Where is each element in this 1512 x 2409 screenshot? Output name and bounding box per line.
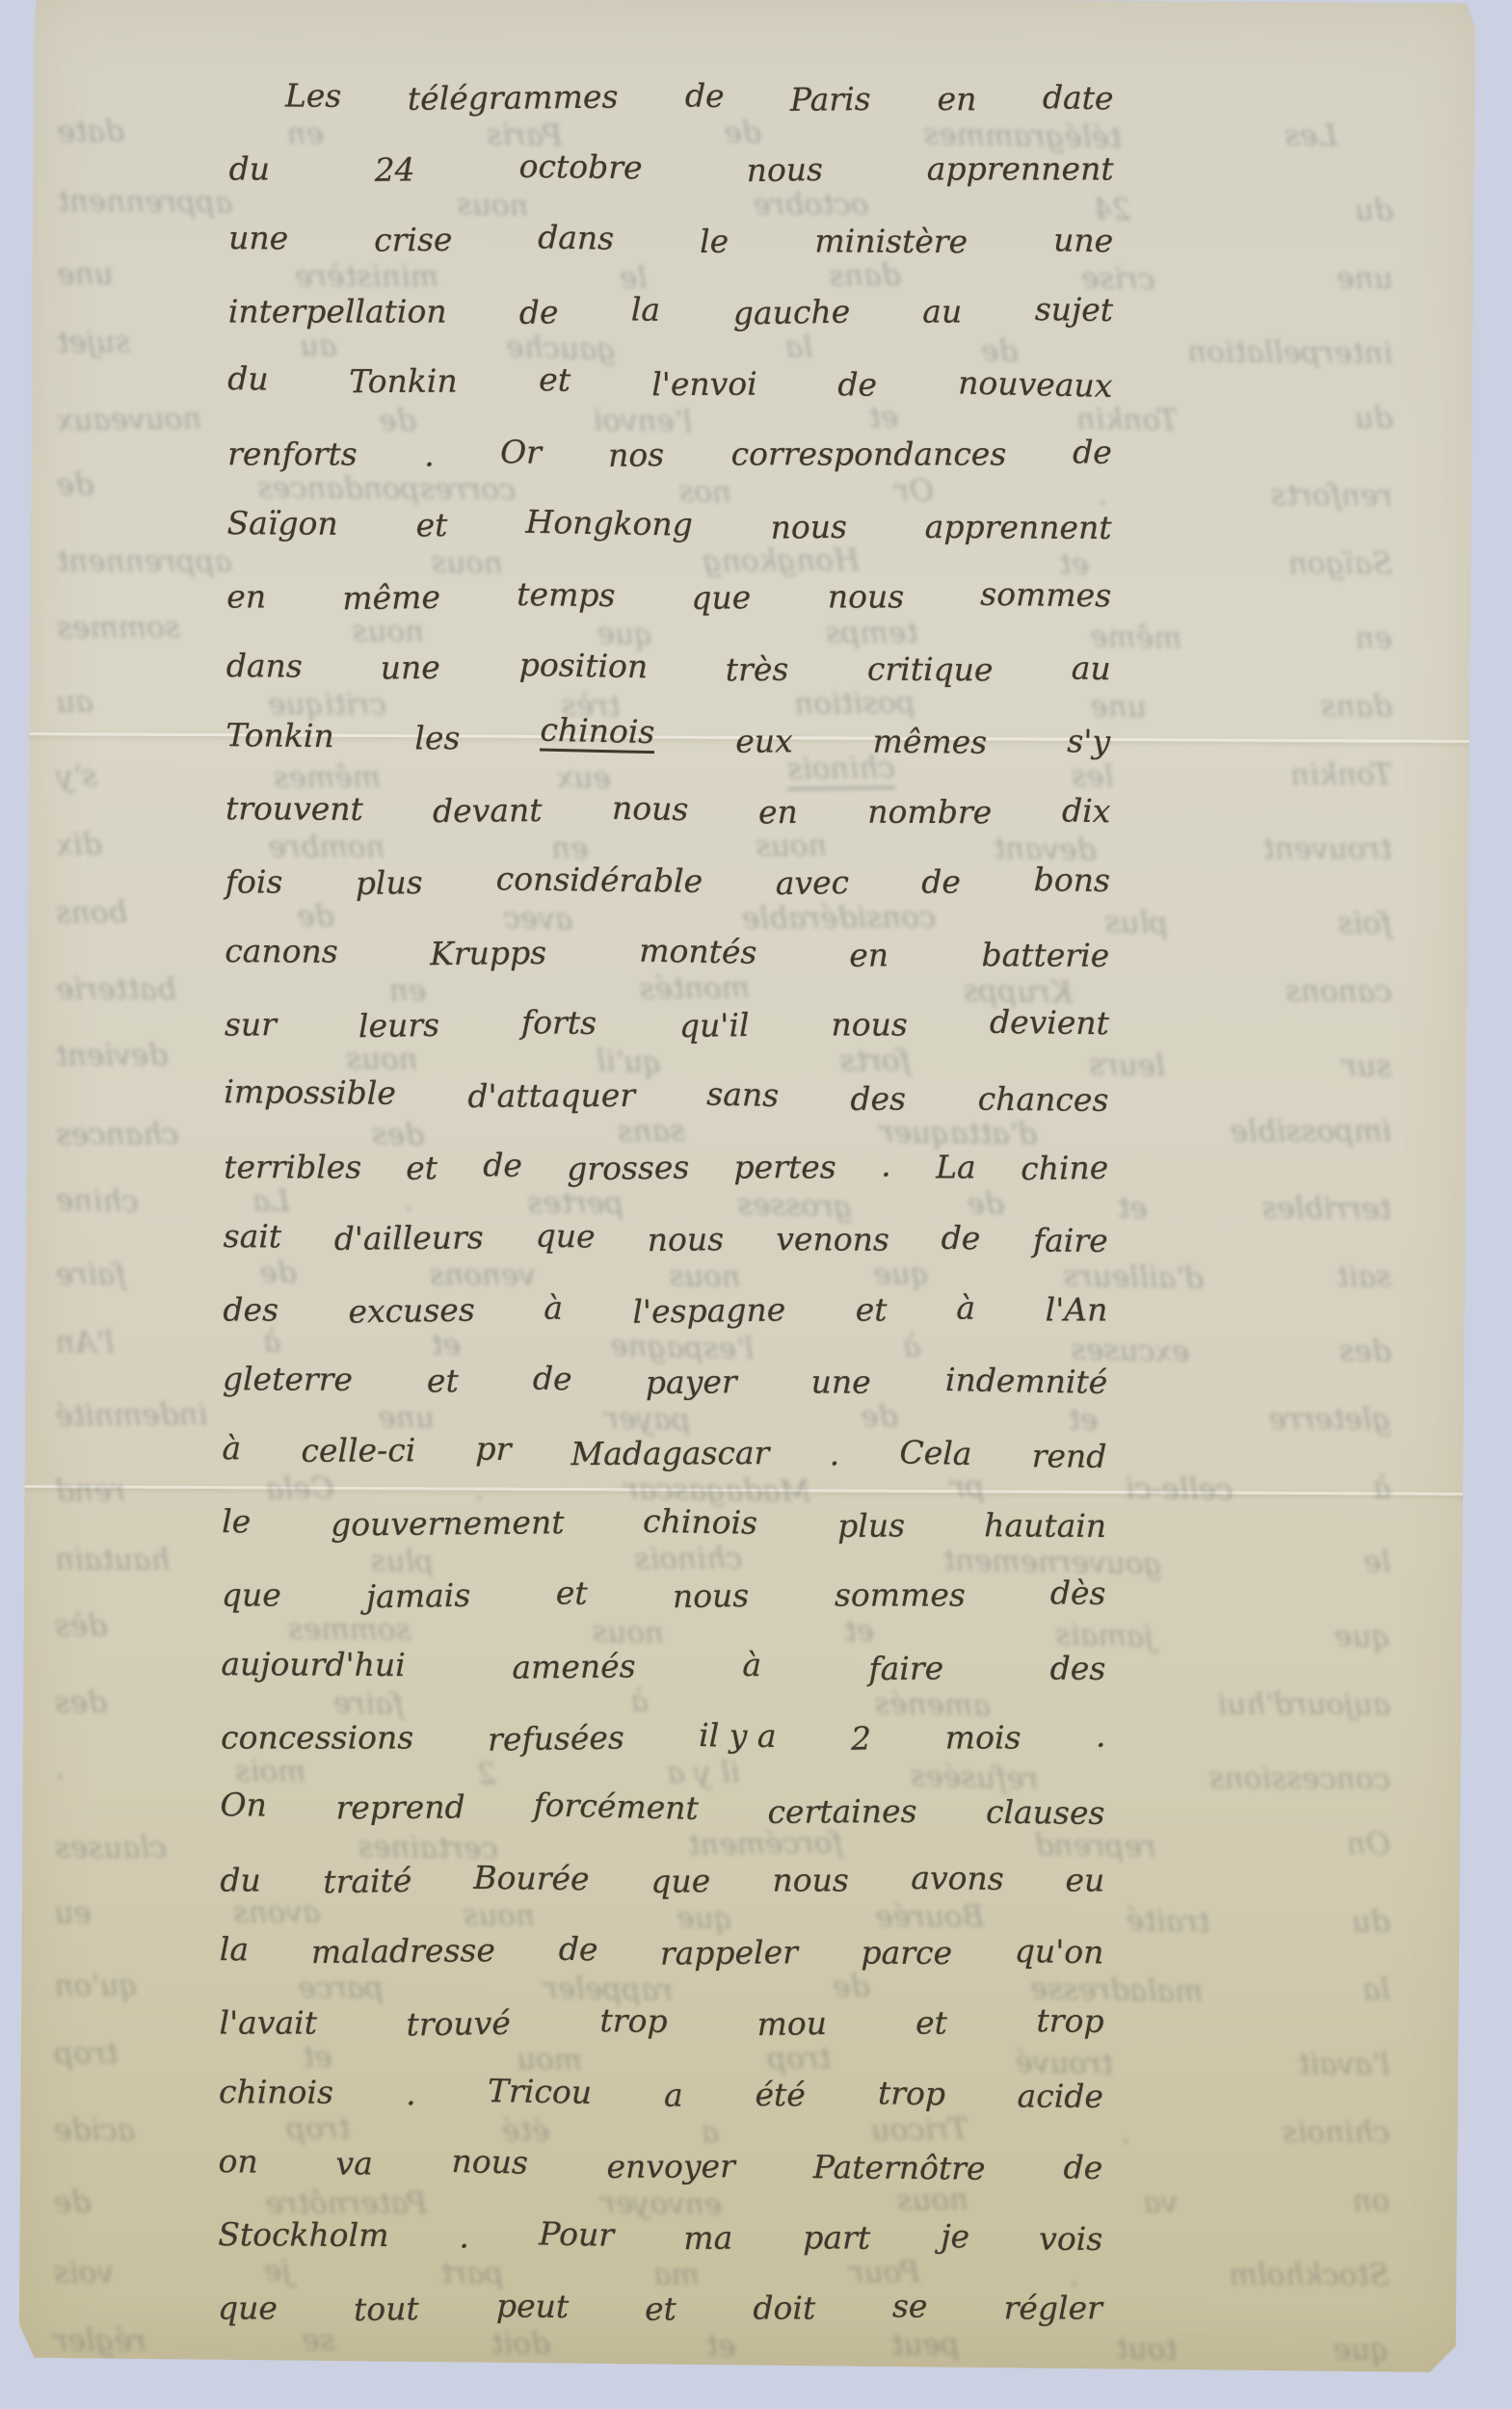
- word: chine: [1021, 1152, 1109, 1184]
- word: et: [1118, 1193, 1149, 1224]
- word: très: [726, 653, 789, 686]
- word: ma: [684, 2222, 733, 2255]
- word: la: [220, 1933, 249, 1965]
- word: s'y: [56, 761, 96, 792]
- word: trop: [1036, 2004, 1103, 2037]
- word: apprennent: [57, 547, 232, 577]
- word: 2: [850, 1722, 871, 1754]
- word: Or: [500, 436, 542, 468]
- word: du: [220, 1865, 260, 1896]
- word: parce: [861, 1937, 952, 1969]
- word: il y a: [699, 1719, 777, 1752]
- word: sommes: [835, 1579, 966, 1611]
- word: télégrammes: [408, 81, 619, 115]
- word: à: [1373, 1473, 1392, 1503]
- word: nous: [831, 1009, 907, 1041]
- word: Madagascar: [570, 1437, 769, 1469]
- word: Stockholm: [1229, 2261, 1390, 2290]
- word: rappeler: [660, 1936, 798, 1969]
- word: du: [1351, 1907, 1390, 1937]
- word: des: [1050, 1653, 1106, 1684]
- manuscript-line: renforts.Ornoscorrespondancesde: [227, 399, 1112, 470]
- word: indemnité: [944, 1363, 1107, 1398]
- word: va: [336, 2147, 374, 2179]
- manuscript-line: terriblesetdegrossespertes.Lachine: [224, 1112, 1108, 1183]
- word: que: [650, 1865, 710, 1897]
- word: Tonkin: [225, 719, 334, 752]
- word: nous: [648, 1223, 725, 1256]
- word: hautain: [55, 1546, 170, 1575]
- word: On: [1346, 1830, 1390, 1860]
- word: une: [228, 222, 288, 253]
- word: qu'il: [678, 1009, 749, 1042]
- word: sait: [1337, 1262, 1392, 1292]
- word: la: [631, 293, 661, 325]
- word: date: [1043, 81, 1114, 114]
- word: nous: [612, 792, 689, 825]
- manuscript-line: du24octobrenousapprennent: [229, 114, 1114, 185]
- word: reprend: [335, 1791, 464, 1824]
- word: terribles: [1261, 1194, 1392, 1225]
- word: en: [938, 83, 977, 115]
- word: et: [427, 1364, 459, 1396]
- word: octobre: [518, 150, 642, 184]
- word: Bourée: [473, 1862, 590, 1894]
- word: dans: [1320, 692, 1392, 722]
- word: à: [544, 1291, 564, 1323]
- word: faire: [868, 1652, 943, 1684]
- word: eux: [735, 725, 793, 756]
- word: tout: [1116, 2334, 1178, 2365]
- manuscript-line: aujourd'huiamenésàfairedes: [221, 1608, 1105, 1684]
- manuscript-line: LestélégrammesdeParisendate: [229, 40, 1114, 116]
- word: chinois: [643, 1505, 757, 1539]
- word: même: [342, 581, 440, 615]
- word: Tonkin: [1290, 760, 1393, 790]
- word: trop: [877, 2077, 945, 2109]
- word: du: [1354, 404, 1393, 434]
- word: du: [229, 153, 270, 185]
- word: concessions: [1209, 1763, 1391, 1794]
- word: considérable: [495, 862, 703, 897]
- word: et: [406, 1152, 438, 1184]
- word: de: [1064, 2151, 1103, 2184]
- word: aujourd'hui: [1217, 1690, 1391, 1720]
- word: d'ailleurs: [333, 1221, 483, 1255]
- word: à: [742, 1649, 761, 1681]
- manuscript-line: Stockholm.Pourmapartjevois: [218, 2179, 1102, 2255]
- word: Hongkong: [525, 506, 693, 541]
- word: des: [851, 1082, 907, 1114]
- word: traité: [1126, 1906, 1209, 1938]
- word: l'envoi: [651, 368, 757, 401]
- word: clauses: [55, 1833, 167, 1863]
- word: du: [227, 362, 269, 394]
- word: à: [957, 1291, 976, 1323]
- manuscript-line: gleterreetdepayeruneindemnité: [223, 1323, 1107, 1399]
- word: le: [1364, 1548, 1391, 1577]
- manuscript-line: interpellationdelagaucheausujet: [228, 256, 1113, 328]
- word: du: [1355, 196, 1393, 225]
- word: sur: [1342, 1051, 1392, 1081]
- word: été: [755, 2078, 806, 2110]
- manuscript-line: chinois.Tricouaététropacide: [219, 2036, 1103, 2112]
- word: chinois: [219, 2076, 333, 2108]
- word: que: [535, 1219, 595, 1252]
- word: trouvent: [1262, 834, 1392, 864]
- word: part: [803, 2221, 870, 2253]
- word: et: [415, 509, 447, 541]
- word: et: [915, 2007, 947, 2039]
- word: nous: [746, 153, 823, 186]
- word: nos: [608, 438, 665, 471]
- word: dix: [56, 830, 102, 860]
- word: de: [483, 1149, 522, 1180]
- word: renforts: [227, 438, 358, 470]
- word: position: [518, 649, 648, 682]
- word: devient: [990, 1006, 1109, 1040]
- photo-backdrop: LestélégrammesdeParisendatedu24octobreno…: [0, 0, 1512, 2409]
- word: mou: [756, 2007, 827, 2040]
- word: date: [58, 117, 124, 147]
- word: dix: [1061, 794, 1110, 827]
- word: crise: [374, 224, 453, 256]
- word: une: [811, 1365, 871, 1397]
- word: .: [424, 438, 435, 470]
- word: vois: [54, 2259, 114, 2289]
- word: faire: [56, 1260, 126, 1290]
- manuscript-line: surleursfortsqu'ilnousdevient: [225, 969, 1109, 1041]
- word: au: [922, 296, 962, 328]
- manuscript-line: saitd'ailleursquenousvenonsdefaire: [224, 1180, 1108, 1257]
- manuscript-line: SaïgonetHongkongnousapprennent: [226, 467, 1111, 543]
- word: une: [57, 259, 114, 290]
- word: régler: [1004, 2292, 1102, 2324]
- word: se: [892, 2290, 928, 2321]
- word: chances: [56, 1120, 178, 1150]
- word: devient: [56, 1041, 169, 1072]
- word: Pour: [539, 2217, 614, 2250]
- word: et: [556, 1576, 588, 1608]
- word: gleterre: [223, 1363, 353, 1395]
- word: grosses: [567, 1152, 690, 1185]
- word: les: [414, 722, 460, 754]
- word: sait: [224, 1220, 282, 1252]
- word: .: [406, 2078, 416, 2109]
- word: l'avait: [220, 2007, 317, 2039]
- word: je: [941, 2220, 969, 2253]
- word: sans: [706, 1078, 780, 1112]
- word: impossible: [1230, 1117, 1392, 1147]
- word: on: [218, 2145, 257, 2177]
- word: certaines: [768, 1795, 917, 1828]
- word: acide: [54, 2116, 135, 2146]
- word: devant: [433, 794, 543, 827]
- word: .: [459, 2220, 469, 2252]
- manuscript-line: unecrisedansleministèreune: [228, 182, 1113, 258]
- word: terribles: [224, 1152, 361, 1183]
- manuscript-line: l'avaittrouvétropmouettrop: [220, 1968, 1104, 2039]
- word: l'espagne: [632, 1293, 785, 1327]
- word: dans: [226, 649, 303, 681]
- word: Les: [285, 79, 342, 111]
- word: envoyer: [606, 2150, 734, 2183]
- word: en: [758, 796, 798, 828]
- word: sujet: [1034, 293, 1113, 326]
- word: des: [223, 1294, 279, 1326]
- word: Saïgon: [1288, 549, 1393, 579]
- word: en: [850, 939, 889, 970]
- word: rend: [55, 1476, 125, 1506]
- word: nous: [451, 2145, 528, 2179]
- word: Cela: [899, 1436, 972, 1469]
- word: que: [691, 581, 751, 614]
- word: payer: [646, 1365, 737, 1398]
- word: montés: [639, 935, 757, 968]
- word: se: [303, 2326, 335, 2356]
- manuscript-line: dansunepositiontrèscritiqueau: [226, 610, 1111, 686]
- word: Paris: [790, 83, 871, 116]
- word: plus: [356, 866, 423, 899]
- manuscript-line: foisplusconsidérableavecdebons: [225, 827, 1110, 898]
- word: On: [220, 1788, 267, 1820]
- word: ministère: [814, 225, 968, 257]
- word: le: [222, 1505, 251, 1537]
- manuscript-text: LestélégrammesdeParisendatedu24octobreno…: [218, 40, 1114, 2326]
- word: peut: [891, 2330, 960, 2360]
- word: des: [1339, 1337, 1391, 1366]
- word: en: [226, 581, 266, 613]
- manuscript-line: quetoutpeutetdoitserégler: [218, 2253, 1102, 2324]
- word: .: [881, 1149, 891, 1180]
- word: on: [1352, 2186, 1390, 2216]
- word: apprennent: [925, 511, 1112, 543]
- word: de: [558, 1933, 597, 1966]
- word: bons: [1033, 863, 1110, 896]
- word: Tricou: [488, 2075, 593, 2108]
- word: eu: [54, 1898, 92, 1928]
- word: nombre: [867, 796, 992, 829]
- word: une: [1053, 224, 1114, 256]
- word: qu'on: [1015, 1935, 1104, 1969]
- word: hautain: [984, 1509, 1106, 1542]
- word: rend: [1032, 1440, 1107, 1472]
- manuscript-line: impossibled'attaquersansdeschances: [224, 1036, 1109, 1116]
- word: 24: [374, 153, 415, 186]
- word: au: [1072, 652, 1112, 685]
- word: nouveaux: [57, 404, 202, 436]
- letter-page: LestélégrammesdeParisendatedu24octobreno…: [17, 0, 1477, 2372]
- manuscript-line: duTonkinetl'envoidenouveaux: [227, 323, 1113, 403]
- manuscript-line: enmêmetempsquenoussommes: [226, 542, 1111, 613]
- word: vois: [1039, 2223, 1102, 2255]
- word: une: [381, 651, 440, 684]
- word: .: [830, 1438, 840, 1469]
- word: impossible: [224, 1075, 396, 1109]
- word: gouvernement: [331, 1506, 565, 1541]
- word: nous: [770, 511, 847, 543]
- word: l'An: [55, 1328, 114, 1358]
- word: va: [1143, 2187, 1178, 2217]
- word: dans: [538, 221, 615, 253]
- word: Krupps: [431, 937, 547, 969]
- word: forcément: [534, 1788, 700, 1824]
- word: aujourd'hui: [221, 1648, 405, 1681]
- word: nous: [772, 1865, 848, 1896]
- word: trop: [54, 2039, 118, 2069]
- word: amenés: [512, 1650, 636, 1682]
- word: nous: [828, 581, 904, 613]
- word: venons: [776, 1223, 889, 1256]
- word: doit: [753, 2292, 815, 2324]
- word: de: [57, 470, 93, 500]
- word: que: [218, 2292, 278, 2324]
- word: Paternôtre: [813, 2151, 986, 2184]
- word: qu'on: [54, 1971, 138, 2001]
- word: trouvé: [406, 2007, 511, 2041]
- word: indemnité: [55, 1400, 207, 1432]
- word: trop: [599, 2004, 667, 2037]
- word: jamais: [366, 1579, 471, 1613]
- word: canons: [225, 935, 338, 967]
- word: le: [700, 225, 729, 257]
- manuscript-line: àcelle-ciprMadagascar.Celarend: [222, 1392, 1107, 1472]
- word: gleterre: [1269, 1405, 1392, 1435]
- manuscript-line: dutraitéBouréequenousavonseu: [220, 1825, 1104, 1896]
- word: .: [1095, 1719, 1105, 1751]
- word: sujet: [57, 328, 130, 357]
- word: pr: [475, 1432, 512, 1465]
- word: de: [921, 866, 961, 898]
- word: Stockholm: [218, 2218, 388, 2251]
- word: maladresse: [311, 1934, 495, 1968]
- word: au: [57, 687, 94, 717]
- word: des: [55, 1688, 107, 1718]
- word: apprennent: [57, 187, 232, 218]
- word: plus: [837, 1509, 905, 1542]
- word: à: [222, 1432, 241, 1464]
- word: Tonkin: [350, 365, 459, 398]
- manuscript-line: Tonkinleschinoiseuxmêmess'y: [225, 679, 1111, 759]
- word: La: [936, 1152, 976, 1183]
- word: Saïgon: [226, 507, 337, 540]
- word: batterie: [56, 975, 176, 1005]
- word: que: [1333, 2335, 1389, 2365]
- word: de: [1073, 436, 1112, 467]
- word: s'y: [1067, 725, 1110, 757]
- word: avons: [911, 1862, 1004, 1894]
- manuscript-line: quejamaisetnoussommesdès: [222, 1540, 1106, 1611]
- word: Les: [1285, 121, 1338, 151]
- word: canons: [1286, 977, 1392, 1007]
- word: doit: [491, 2329, 550, 2359]
- word: traité: [323, 1865, 412, 1897]
- word: acide: [1018, 2079, 1104, 2111]
- word: excuses: [348, 1294, 475, 1328]
- word: refusées: [488, 1721, 624, 1755]
- word: batterie: [981, 939, 1109, 971]
- word: faire: [1033, 1225, 1108, 1257]
- word: forts: [521, 1006, 597, 1039]
- word: et: [705, 2332, 736, 2363]
- word: la: [1363, 1975, 1390, 2005]
- word: celle-ci: [301, 1434, 415, 1467]
- word: plus: [1105, 908, 1169, 939]
- word: .: [55, 1754, 65, 1784]
- word: nouveaux: [958, 366, 1113, 401]
- manuscript-line: lamaladressederappelerparcequ'on: [220, 1893, 1104, 1970]
- word: chinois: [1282, 2118, 1390, 2148]
- word: chine: [55, 1185, 138, 1217]
- word: fois: [1338, 909, 1392, 939]
- word: régler: [54, 2326, 146, 2357]
- manuscript-line: desexcusesàl'espagneetàl'An: [223, 1255, 1107, 1326]
- word: .: [1121, 2119, 1130, 2149]
- manuscript-line: Onreprendforcémentcertainesclauses: [220, 1749, 1105, 1829]
- word: d'attaquer: [467, 1079, 635, 1112]
- word: mois: [945, 1722, 1021, 1754]
- word: mêmes: [872, 726, 987, 758]
- word: bons: [56, 898, 128, 928]
- word: critique: [867, 653, 994, 686]
- manuscript-line: onvanousenvoyerPaternôtrede: [218, 2105, 1103, 2185]
- word: de: [942, 1222, 981, 1255]
- word: renforts: [1270, 481, 1393, 512]
- word: de: [684, 79, 724, 112]
- word: sommes: [980, 578, 1111, 612]
- word: pertes: [734, 1152, 836, 1183]
- word: dès: [55, 1611, 107, 1641]
- word: que: [1335, 1622, 1391, 1652]
- word: en: [1355, 623, 1393, 653]
- word: fois: [225, 866, 283, 898]
- word: eu: [1065, 1865, 1104, 1896]
- word: interpellation: [1187, 337, 1393, 368]
- word: de: [54, 2187, 92, 2218]
- word: et: [856, 1294, 888, 1326]
- word: sommes: [57, 613, 180, 644]
- word: l'An: [1046, 1294, 1108, 1326]
- word: gauche: [732, 296, 850, 330]
- manuscript-line: trouventdevantnousennombredix: [225, 753, 1110, 829]
- manuscript-line: concessionsrefuséesil y a2mois.: [221, 1682, 1105, 1754]
- word: de: [519, 296, 559, 329]
- word: l'avait: [1298, 2050, 1391, 2080]
- word: de: [532, 1363, 571, 1395]
- word: trouvent: [225, 792, 363, 825]
- word: avec: [775, 866, 849, 899]
- manuscript-line: canonsKruppsmontésenbatterie: [225, 895, 1109, 971]
- manuscript-line: legouvernementchinoisplushautain: [222, 1466, 1106, 1542]
- word: peut: [495, 2290, 569, 2322]
- word: que: [222, 1579, 281, 1611]
- word: nous: [673, 1579, 750, 1612]
- word: temps: [517, 578, 616, 611]
- word: dès: [1050, 1576, 1106, 1609]
- word: une: [1337, 264, 1393, 294]
- word: de: [837, 368, 877, 400]
- word: tout: [354, 2292, 419, 2325]
- word: apprennent: [927, 153, 1114, 185]
- word: chinois: [540, 714, 655, 754]
- word: correspondances: [731, 438, 1007, 470]
- word: a: [664, 2079, 683, 2111]
- word: et: [645, 2292, 676, 2325]
- word: et: [539, 363, 571, 396]
